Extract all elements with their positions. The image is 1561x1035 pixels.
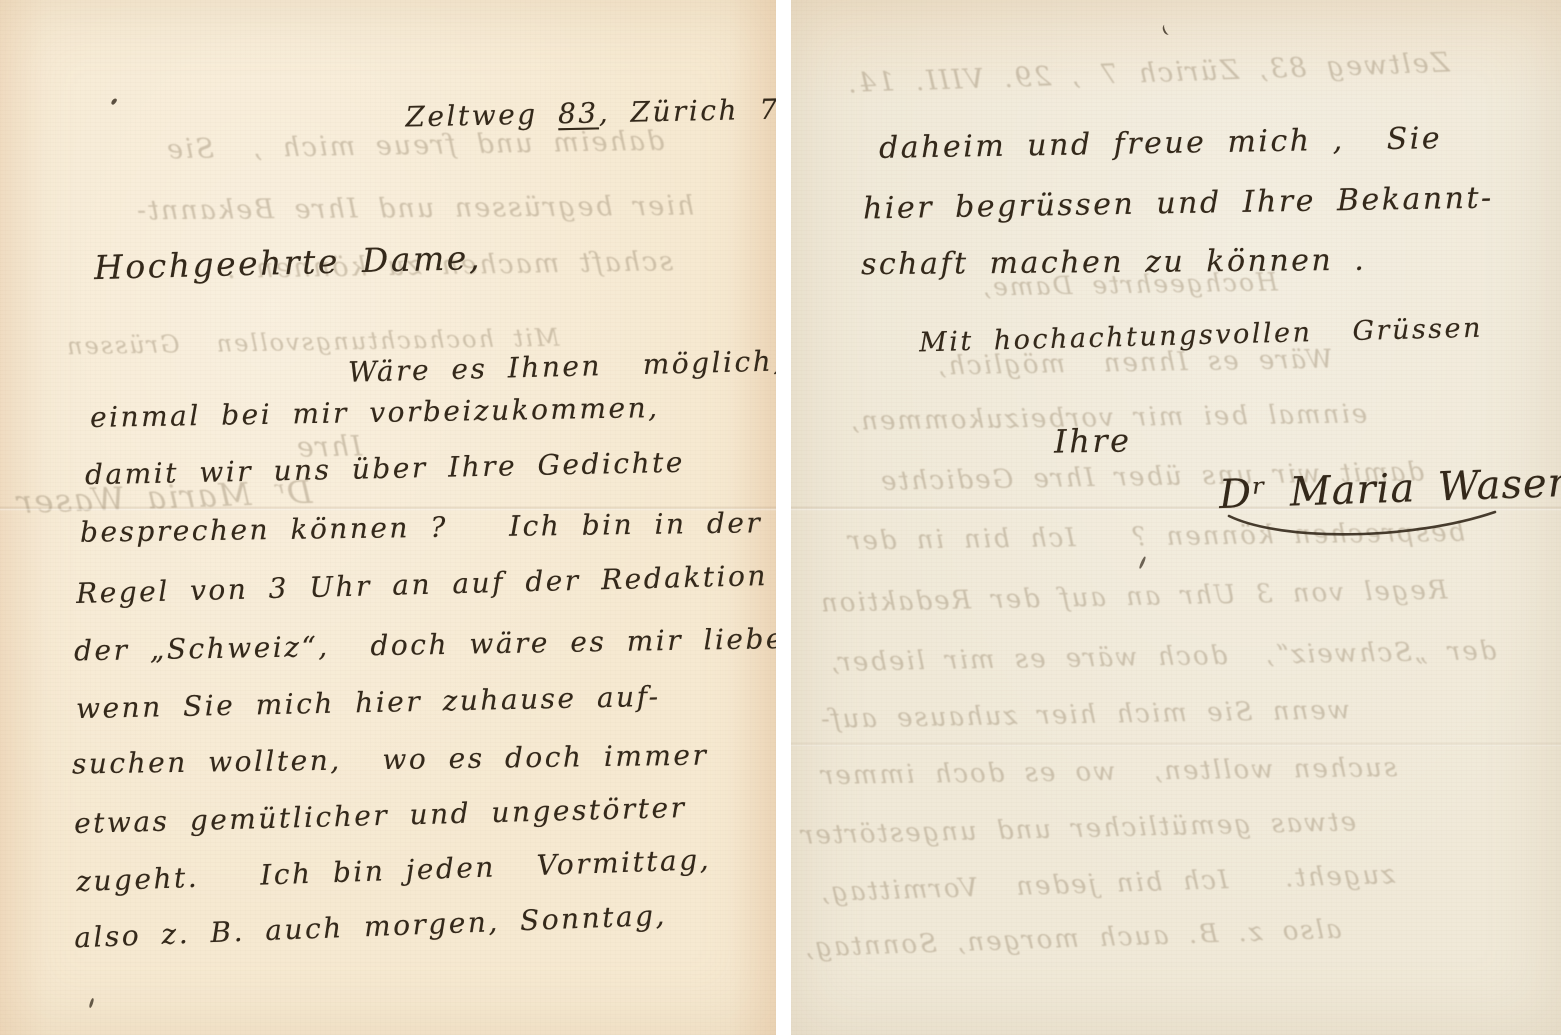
bleedthrough-line: etwas gemütlicher und ungestörter xyxy=(799,807,1357,851)
letter-line: Wäre es Ihnen möglich, xyxy=(348,344,776,388)
header-city-date: , Zürich 7 , 29. xyxy=(598,90,776,129)
letter-line: der „Schweiz“, doch wäre es mir lieber, xyxy=(74,622,776,668)
ink-speck xyxy=(110,97,117,105)
header-street: Zeltweg xyxy=(405,97,558,133)
ink-speck xyxy=(89,998,95,1008)
bleedthrough-line: also z. B. auch morgen, Sonntag, xyxy=(803,915,1342,964)
bleedthrough-line: zugeht. Ich bin jeden Vormittag, xyxy=(819,860,1396,908)
bleedthrough-line: Regel von 3 Uhr an auf der Redaktion xyxy=(819,575,1448,618)
fold-crease xyxy=(791,742,1561,747)
letter-scan: daheim und freue mich , Sie hier begrüss… xyxy=(0,0,1561,1035)
letter-valediction: Ihre xyxy=(1054,421,1132,460)
letter-salutation: Hochgeehrte Dame, xyxy=(94,238,483,287)
bleedthrough-line: der „Schweiz“, doch wäre es mir lieber, xyxy=(829,636,1497,678)
letter-line: daheim und freue mich , Sie xyxy=(879,121,1443,166)
bleedthrough-line: wenn Sie mich hier zuhause auf- xyxy=(819,695,1350,734)
letter-line: zugeht. Ich bin jeden Vormittag, xyxy=(76,843,712,898)
letter-page-right: Zeltweg 83, Zürich 7 , 29. VIII. 14. Hoc… xyxy=(791,0,1561,1035)
letter-line: also z. B. auch morgen, Sonntag, xyxy=(74,899,668,955)
ink-speck xyxy=(1138,556,1146,569)
letter-line: einmal bei mir vorbeizukommen, xyxy=(90,391,660,434)
letter-line: suchen wollten, wo es doch immer xyxy=(72,739,709,781)
ink-speck xyxy=(1161,23,1173,36)
letter-line: hier begrüssen und Ihre Bekannt- xyxy=(863,180,1494,226)
letter-closing: Mit hochachtungsvollen Grüssen xyxy=(919,313,1484,359)
bleedthrough-header: Zeltweg 83, Zürich 7 , 29. VIII. 14. xyxy=(846,47,1450,99)
letter-line: besprechen können ? Ich bin in der xyxy=(80,506,763,549)
letter-line: wenn Sie mich hier zuhause auf- xyxy=(76,680,661,725)
bleedthrough-line: hier begrüssen und Ihre Bekannt- xyxy=(135,191,694,227)
letter-page-left: daheim und freue mich , Sie hier begrüss… xyxy=(0,0,776,1035)
letter-line: damit wir uns über Ihre Gedichte xyxy=(85,446,685,492)
letter-line: Regel von 3 Uhr an auf der Redaktion xyxy=(76,559,769,610)
letter-line: schaft machen zu können . xyxy=(861,243,1367,282)
letter-line: etwas gemütlicher und ungestörter xyxy=(74,791,687,840)
signature-flourish xyxy=(1223,508,1503,542)
letter-header: Zeltweg 83, Zürich 7 , 29. VIII. 14. xyxy=(282,54,776,169)
header-number: 83 xyxy=(558,96,599,130)
bleedthrough-line: suchen wollten, wo es doch immer xyxy=(819,753,1398,791)
